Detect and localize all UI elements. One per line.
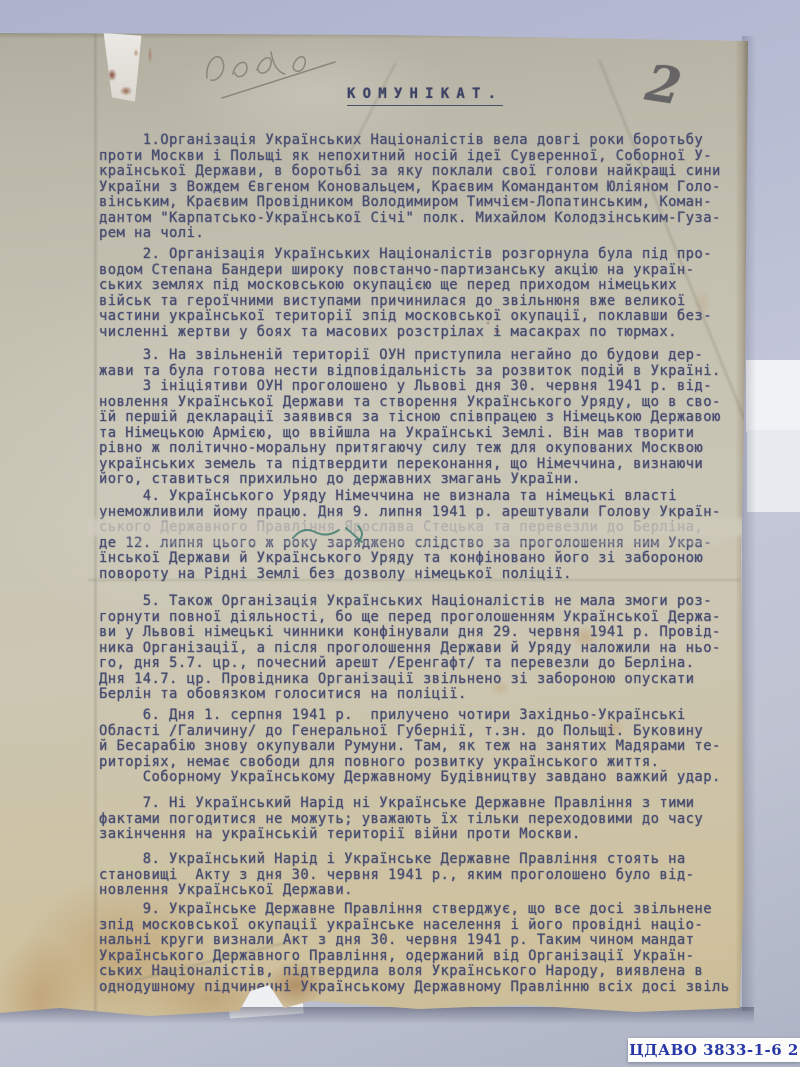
paragraph-9: 9. Українське Державне Правління ствердж… [99,902,759,995]
paragraph-7: 7. Ні Український Нарід ні Українське Де… [99,796,759,843]
paragraph-8: 8. Український Нарід і Українське Держав… [99,852,759,899]
pencil-page-number: 2 [642,53,711,122]
document-page: 2 КОМУНІКАТ. 1.Організація Українських Н… [0,33,748,1021]
archive-stamp: ЦДАВО 3833-1-6 2 [628,1038,800,1062]
typewritten-text: 1.Організація Українських Націоналістів … [99,133,759,995]
tape-removal-band [120,538,720,547]
paragraph-5: 5. Також Організація Українських Націона… [99,594,759,703]
page-title: КОМУНІКАТ. [347,86,503,106]
ink-correction-mark [288,520,378,550]
paragraph-2: 2. Організація Українських Націоналістів… [99,247,759,340]
tape-residue [100,33,146,103]
pencil-inscription [185,38,345,113]
paragraph-6: 6. Дня 1. серпня 1941 р. прилучено чотир… [99,708,759,786]
paragraph-3: 3. На звільненій території ОУН приступил… [99,348,759,488]
paragraph-1: 1.Організація Українських Націоналістів … [99,133,759,242]
tape-removal-band [88,515,744,539]
archival-photo: 2 КОМУНІКАТ. 1.Організація Українських Н… [0,0,800,1067]
